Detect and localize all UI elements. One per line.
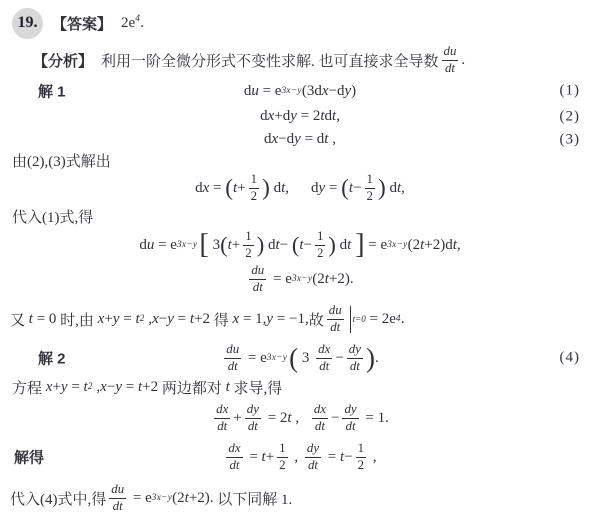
math-token: y <box>61 379 68 396</box>
formula-analysis: 利用一阶全微分形式不变性求解. 也可直接求全导数dudt. <box>101 44 465 75</box>
math-token: d <box>264 131 272 148</box>
math-token: 3x−y <box>292 274 312 284</box>
math-token: y <box>294 131 301 148</box>
derive-line: 方程 x+y = t2 ,x−y = t+2 两边都对 t 求导,得 <box>12 376 592 398</box>
math-token: −d <box>278 131 294 148</box>
math-token: 1 <box>243 229 253 245</box>
math-token: d <box>325 108 333 125</box>
fraction: dudt <box>249 263 266 294</box>
eq2-number: (2) <box>560 108 581 125</box>
evaluation-bar <box>350 306 351 333</box>
math-token: y <box>113 311 120 328</box>
math-token: + <box>232 237 240 254</box>
math-token: dt <box>328 320 342 335</box>
sys-line: dxdt+dydt = 2t , dxdt−dydt = 1. <box>0 398 600 438</box>
math-token: dt <box>246 419 260 434</box>
math-token: y <box>290 108 297 125</box>
eq1-number: (1) <box>560 83 581 100</box>
math-token: , <box>336 108 340 125</box>
solution1-label: 解 1 <box>38 81 66 102</box>
math-token: du <box>109 482 126 498</box>
math-token: dt <box>443 61 457 76</box>
fraction: 12 <box>365 172 375 203</box>
from23-text: 由(2),(3)式解出 <box>12 150 111 171</box>
math-token: dy <box>245 402 261 418</box>
math-token: du <box>327 303 344 319</box>
math-token: = 0 <box>33 311 60 328</box>
math-token: dt <box>251 280 265 295</box>
math-token: dt <box>317 359 331 374</box>
math-token: + <box>237 180 245 197</box>
dudt-result-line: dudt = e3x−y(2t+2). <box>0 260 600 298</box>
math-token: x <box>152 311 159 328</box>
math-token: dt <box>344 419 358 434</box>
fraction: dydt <box>305 441 321 472</box>
math-token: (2 <box>408 237 421 254</box>
math-token: dx <box>214 402 230 418</box>
math-token: 1 <box>315 229 325 245</box>
math-token: dt <box>306 458 320 473</box>
math-token: + <box>266 449 274 466</box>
solve-line: 解得 dxdt = t+12 , dydt = t−12 , <box>0 438 600 476</box>
eq3-number: (3) <box>560 131 581 148</box>
math-token: (2 <box>312 271 325 288</box>
math-token: = e <box>365 237 388 254</box>
math-token: = e <box>129 490 152 507</box>
math-token: 代入(4)式中,得 <box>10 488 106 509</box>
math-token: dy <box>347 342 363 358</box>
math-token: du <box>224 342 241 358</box>
fraction: dydt <box>342 402 358 433</box>
math-token: 1 <box>277 441 287 457</box>
math-token: +2 <box>194 311 214 328</box>
math-token: 3x−y <box>281 86 301 96</box>
fraction: dydt <box>245 402 261 433</box>
math-token: , <box>328 131 336 148</box>
formula-derive: 方程 x+y = t2 ,x−y = t+2 两边都对 t 求导,得 <box>12 377 282 398</box>
formula-solve: dxdt = t+12 , dydt = t−12 , <box>223 441 376 472</box>
math-token: dx <box>312 402 328 418</box>
math-token: 3x−y <box>387 240 407 250</box>
math-token: u <box>251 83 259 100</box>
solution2-label: 解 2 <box>38 348 66 369</box>
math-token: 故 <box>309 309 324 330</box>
math-token: 以下同解 1. <box>217 488 292 509</box>
fraction: dudt <box>109 482 126 513</box>
problem-number-badge: 19. <box>12 8 43 39</box>
formula-final: 代入(4)式中,得dudt = e3x−y(2t+2). 以下同解 1. <box>10 482 292 513</box>
math-token: 3x−y <box>177 240 197 250</box>
formula-dudt-result: dudt = e3x−y(2t+2). <box>246 263 353 294</box>
math-token: y <box>319 180 326 197</box>
math-token: 2 <box>249 189 259 204</box>
math-token: ) <box>351 83 356 100</box>
math-token: . <box>461 52 465 69</box>
math-token: , <box>291 449 302 466</box>
math-token: x <box>272 131 279 148</box>
final-line: 代入(4)式中,得dudt = e3x−y(2t+2). 以下同解 1. <box>10 476 592 520</box>
math-token: d <box>311 180 319 197</box>
math-token: dt <box>313 419 327 434</box>
math-token: x <box>322 83 329 100</box>
fraction: dxdt <box>316 342 332 373</box>
formula-sys: dxdt+dydt = 2t , dxdt−dydt = 1. <box>211 402 389 433</box>
formula-du-expand: du = e3x−y[ 3(t+12) dt− (t−12) dt ] = e3… <box>139 229 460 260</box>
math-token: = e <box>269 271 292 288</box>
math-token: 2 <box>243 246 253 261</box>
fraction: dxdt <box>226 441 242 472</box>
fraction: 12 <box>315 229 325 260</box>
math-token: dy <box>305 441 321 457</box>
math-token: dt <box>348 359 362 374</box>
math-token: x <box>233 311 240 328</box>
math-token: . <box>401 311 405 328</box>
math-token: − <box>335 350 343 367</box>
math-token: dx <box>226 441 242 457</box>
math-token: t=0 <box>353 314 366 324</box>
formula-eq4: dudt = e3x−y( 3 dxdt−dydt). <box>221 342 378 373</box>
math-token: 3x−y <box>267 353 287 363</box>
math-token: x <box>98 311 105 328</box>
math-token: = 2 <box>264 410 287 427</box>
dxdy-line: dx = (t+12) dt,dy = (t−12) dt, <box>0 170 600 206</box>
math-token: = −1, <box>273 311 309 328</box>
math-token: d <box>260 108 268 125</box>
math-token: dy <box>342 402 358 418</box>
fraction: 12 <box>249 172 259 203</box>
math-token: 方程 <box>12 377 46 398</box>
math-token: = <box>174 311 190 328</box>
math-token: dt <box>226 359 240 374</box>
math-token: d <box>244 83 252 100</box>
sub1-line: 代入(1)式,得 <box>12 206 592 226</box>
eq4-line: 解 2 dudt = e3x−y( 3 dxdt−dydt). (4) <box>0 338 600 378</box>
solution-page: 19. 【答案】 2e4. 【分析】 利用一阶全微分形式不变性求解. 也可直接求… <box>0 0 600 523</box>
math-token: dx <box>316 342 332 358</box>
math-token: , <box>401 180 405 197</box>
math-token: d <box>386 180 397 197</box>
answer-label: 【答案】 <box>52 13 112 34</box>
math-token: +2). <box>189 490 217 507</box>
math-token: , <box>285 180 289 197</box>
formula-dxdy: dx = (t+12) dt,dy = (t−12) dt, <box>195 172 405 203</box>
answer-line: 19. 【答案】 2e4. <box>0 6 600 40</box>
math-token: = 1, <box>239 311 266 328</box>
math-token: = d <box>301 131 324 148</box>
math-token: − <box>344 449 352 466</box>
eq4-number: (4) <box>560 350 581 367</box>
math-token: du <box>442 44 459 60</box>
math-token: u <box>147 237 155 254</box>
math-token: d <box>336 237 347 254</box>
math-token: − <box>159 311 167 328</box>
math-token: y <box>115 379 122 396</box>
math-token: 3 <box>209 237 220 254</box>
math-token: = e <box>244 350 267 367</box>
problem-number: 19. <box>18 14 38 32</box>
math-token: , <box>145 311 153 328</box>
math-token: (2 <box>172 490 185 507</box>
math-token: 利用一阶全微分形式不变性求解. 也可直接求全导数 <box>101 50 439 71</box>
math-token: + <box>233 410 241 427</box>
math-token: +2 <box>142 379 162 396</box>
math-token: 2 <box>356 458 366 473</box>
math-token: +2)d <box>424 237 452 254</box>
math-token: 时,由 <box>60 309 98 330</box>
math-token: dt <box>215 419 229 434</box>
math-token: 求导,得 <box>230 377 283 398</box>
fraction: dudt <box>327 303 344 334</box>
math-token: = <box>68 379 84 396</box>
fraction: dudt <box>224 342 241 373</box>
sub1-text: 代入(1)式,得 <box>12 206 93 227</box>
math-token: = <box>122 379 138 396</box>
math-token: − <box>331 410 339 427</box>
math-token: d <box>195 180 203 197</box>
solve-label: 解得 <box>14 447 44 468</box>
math-token: = <box>119 311 135 328</box>
math-token: d <box>139 237 147 254</box>
at-t0-line: 又 t = 0 时,由 x+y = t2 ,x−y = t+2 得 x = 1,… <box>10 298 592 340</box>
math-token: 2 <box>365 189 375 204</box>
fraction: 12 <box>243 229 253 260</box>
eq1-line: 解 1 du = e3x−y(3dx−dy) (1) <box>0 78 600 104</box>
math-token: 2e <box>121 15 135 31</box>
math-token: y <box>266 311 273 328</box>
formula-eq2: dx+dy = 2tdt, <box>260 108 340 125</box>
fraction: dydt <box>347 342 363 373</box>
math-token: x <box>268 108 275 125</box>
math-token: = <box>325 180 341 197</box>
math-token: (3d <box>302 83 322 100</box>
math-token: 1 <box>356 441 366 457</box>
fraction: dudt <box>442 44 459 75</box>
math-token: +d <box>274 108 290 125</box>
math-token: = 2 <box>297 108 320 125</box>
math-token: y <box>344 83 351 100</box>
math-token: +2). <box>329 271 354 288</box>
math-token: 又 <box>10 309 29 330</box>
formula-answer: 2e4. <box>121 14 144 32</box>
math-token: + <box>52 379 60 396</box>
fraction: dxdt <box>312 402 328 433</box>
math-token: = 1. <box>362 410 389 427</box>
fraction: 12 <box>356 441 366 472</box>
math-token: x <box>100 379 107 396</box>
formula-at-t0: 又 t = 0 时,由 x+y = t2 ,x−y = t+2 得 x = 1,… <box>10 303 405 334</box>
formula-eq3: dx−dy = dt , <box>264 131 336 148</box>
math-token: dt <box>227 458 241 473</box>
formula-eq1: du = e3x−y(3dx−dy) <box>244 83 356 100</box>
math-token: − <box>280 237 292 254</box>
math-token: y <box>167 311 174 328</box>
math-token: 1 <box>365 172 375 188</box>
math-token: d <box>270 180 281 197</box>
analysis-label: 【分析】 <box>33 50 93 71</box>
math-token: 2 <box>277 458 287 473</box>
math-token: = e <box>259 83 282 100</box>
math-token: − <box>353 180 361 197</box>
from23-line: 由(2),(3)式解出 <box>12 150 592 170</box>
math-token: = e <box>154 237 177 254</box>
math-token: du <box>249 263 266 279</box>
fraction: 12 <box>277 441 287 472</box>
math-token: , <box>457 237 461 254</box>
math-token: 3 <box>298 350 313 367</box>
math-token: 3x−y <box>152 493 172 503</box>
analysis-line: 【分析】 利用一阶全微分形式不变性求解. 也可直接求全导数dudt. <box>33 42 592 78</box>
math-token: d <box>264 237 275 254</box>
math-token: dt <box>111 499 125 514</box>
math-token: 得 <box>214 309 233 330</box>
math-token: − <box>304 237 312 254</box>
math-token: = <box>209 180 225 197</box>
math-token: + <box>104 311 112 328</box>
fraction: dxdt <box>214 402 230 433</box>
eq3-line: dx−dy = dt , (3) <box>0 128 600 151</box>
math-token: = <box>246 449 262 466</box>
math-token: . <box>140 15 144 31</box>
math-token: , <box>292 410 303 427</box>
math-token: , <box>369 449 377 466</box>
eq2-line: dx+dy = 2tdt, (2) <box>0 105 600 128</box>
math-token: . <box>375 350 379 367</box>
math-token: = 2e <box>366 311 396 328</box>
math-token: 2 <box>315 246 325 261</box>
math-token: −d <box>329 83 345 100</box>
math-token: = <box>324 449 340 466</box>
math-token: 1 <box>249 172 259 188</box>
math-token: x <box>46 379 53 396</box>
du-expand-line: du = e3x−y[ 3(t+12) dt− (t−12) dt ] = e3… <box>0 226 600 264</box>
math-token: x <box>203 180 210 197</box>
math-token: 两边都对 <box>162 377 226 398</box>
